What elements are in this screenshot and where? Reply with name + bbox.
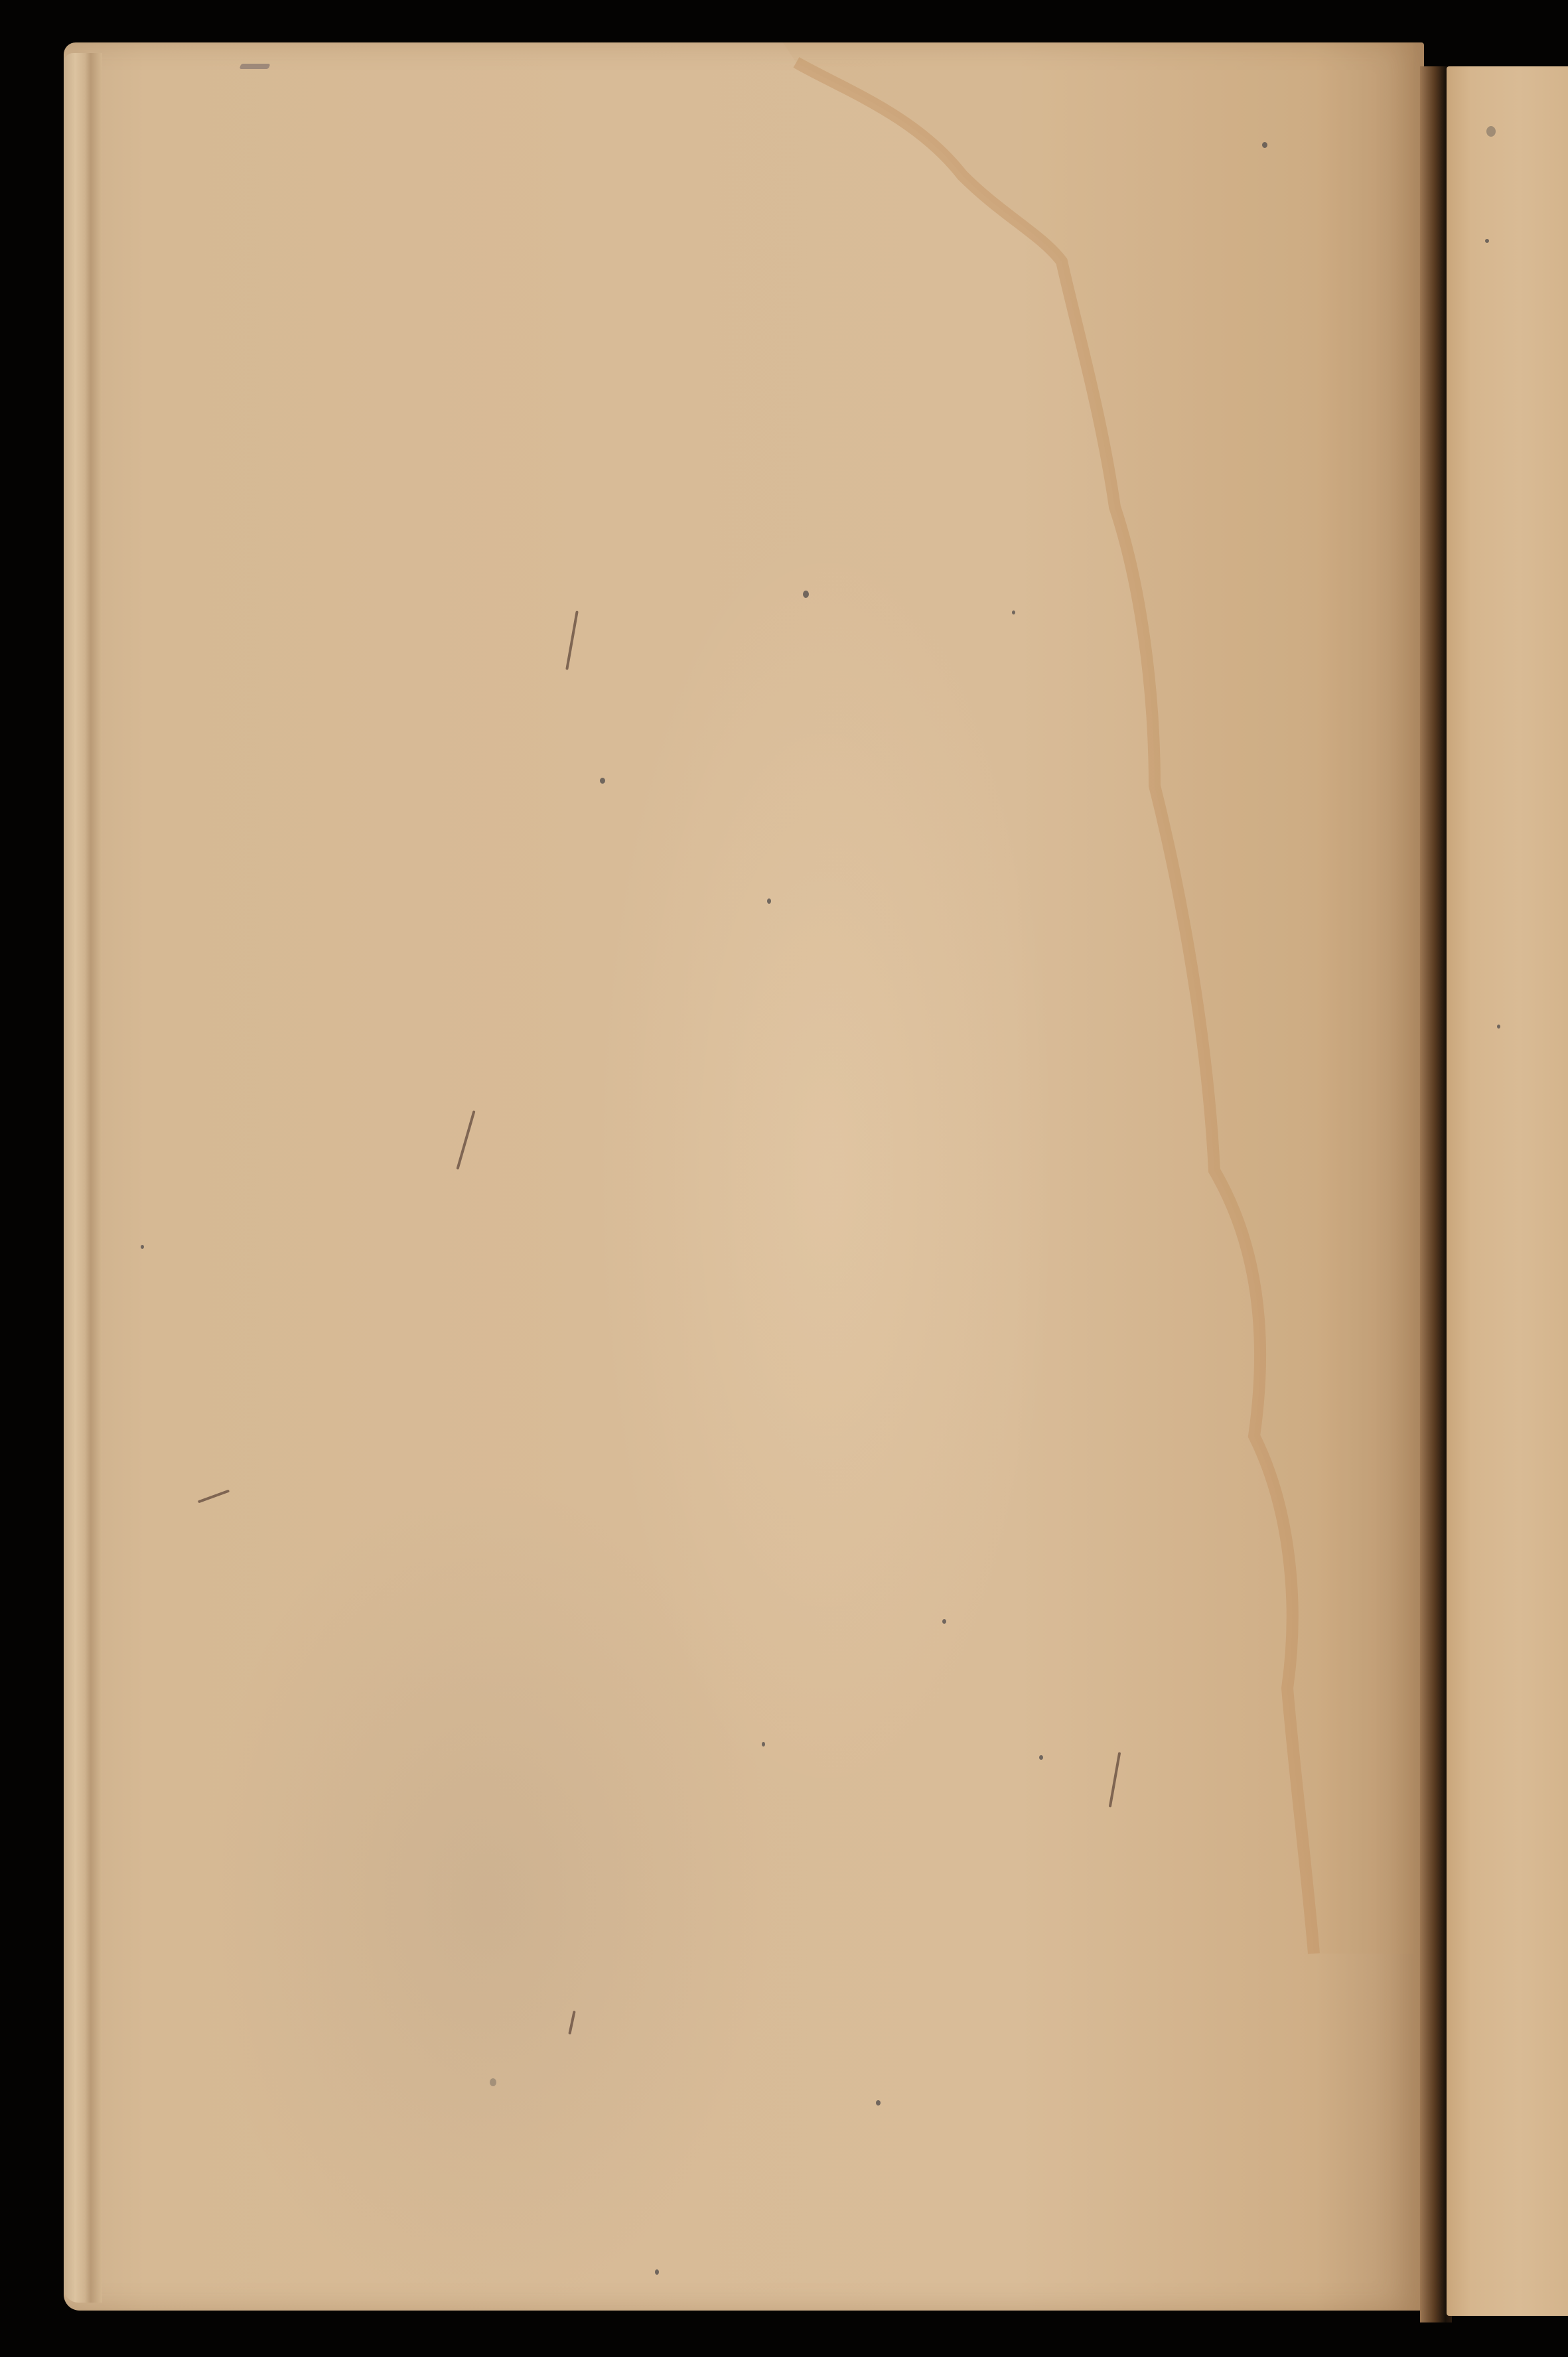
paper-fleck <box>141 1245 144 1249</box>
paper-fleck <box>1486 126 1496 137</box>
paper-fleck <box>1012 610 1015 614</box>
paper-fleck <box>490 2078 496 2086</box>
right-page-edge <box>1447 66 1568 2316</box>
paper-fleck <box>942 1619 946 1624</box>
left-page <box>64 42 1424 2311</box>
paper-fleck <box>876 2100 881 2106</box>
paper-fleck <box>803 591 809 598</box>
paper-fleck <box>762 1742 765 1747</box>
page-block-edge <box>64 53 102 2303</box>
paper-fleck <box>1485 239 1489 243</box>
paper-fleck <box>1262 142 1267 148</box>
paper-fleck <box>1039 1755 1043 1760</box>
paper-fleck <box>600 778 605 784</box>
pencil-mark <box>240 64 271 69</box>
paper-fleck <box>655 2269 659 2275</box>
paper-fleck <box>767 898 771 904</box>
paper-fleck <box>1497 1025 1500 1029</box>
